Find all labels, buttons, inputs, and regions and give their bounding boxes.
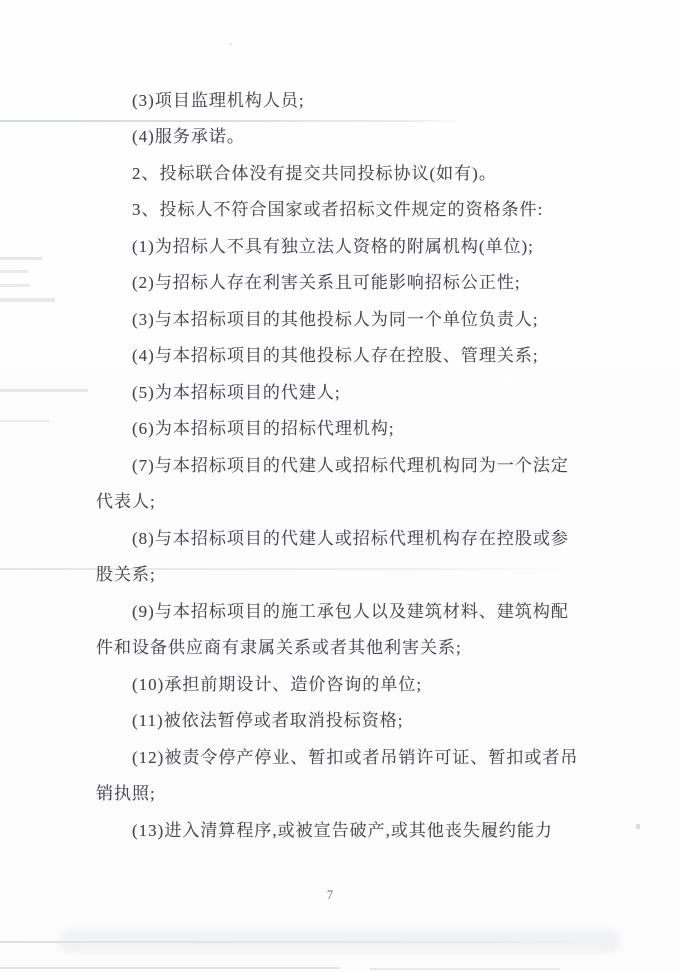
scan-artifact-smudge [0, 284, 30, 287]
text-line: (12)被责令停产停业、暂扣或者吊销许可证、暂扣或者吊 [96, 737, 596, 774]
text-line: (4)与本招标项目的其他投标人存在控股、管理关系; [96, 336, 596, 373]
scan-artifact-line [370, 968, 560, 970]
text-line: (6)为本招标项目的招标代理机构; [96, 409, 596, 446]
scan-artifact-line [0, 389, 88, 392]
text-line: 销执照; [96, 774, 596, 811]
text-line: 2、投标联合体没有提交共同投标协议(如有)。 [96, 153, 596, 190]
text-line: (8)与本招标项目的代建人或招标代理机构存在控股或参 [96, 518, 596, 555]
text-line: (1)为招标人不具有独立法人资格的附属机构(单位); [96, 226, 596, 263]
text-line: (5)为本招标项目的代建人; [96, 372, 596, 409]
text-line: (4)服务承诺。 [96, 117, 596, 154]
scan-artifact-smudge [0, 257, 42, 260]
text-line: 股关系; [96, 555, 596, 592]
text-line: (3)项目监理机构人员; [96, 80, 596, 117]
scan-artifact-smudge [0, 270, 28, 273]
scan-artifact-dot [229, 43, 232, 46]
document-text-block: (3)项目监理机构人员;(4)服务承诺。2、投标联合体没有提交共同投标协议(如有… [96, 80, 596, 847]
text-line: (9)与本招标项目的施工承包人以及建筑材料、建筑构配 [96, 591, 596, 628]
text-line: (3)与本招标项目的其他投标人为同一个单位负责人; [96, 299, 596, 336]
text-line: 3、投标人不符合国家或者招标文件规定的资格条件: [96, 190, 596, 227]
scan-artifact-dot [636, 824, 640, 829]
text-line: 件和设备供应商有隶属关系或者其他利害关系; [96, 628, 596, 665]
scan-artifact-line [0, 941, 600, 943]
scanned-document-page: (3)项目监理机构人员;(4)服务承诺。2、投标联合体没有提交共同投标协议(如有… [0, 0, 680, 972]
scan-artifact-smudge [0, 298, 55, 302]
text-line: (7)与本招标项目的代建人或招标代理机构同为一个法定 [96, 445, 596, 482]
text-line: (13)进入清算程序,或被宣告破产,或其他丧失履约能力 [96, 810, 596, 847]
scan-artifact-line [0, 420, 50, 422]
text-line: 代表人; [96, 482, 596, 519]
text-line: (2)与招标人存在利害关系且可能影响招标公正性; [96, 263, 596, 300]
text-line: (10)承担前期设计、造价咨询的单位; [96, 664, 596, 701]
text-line: (11)被依法暂停或者取消投标资格; [96, 701, 596, 738]
page-number: 7 [320, 888, 340, 903]
scan-artifact-band [60, 930, 620, 952]
scan-artifact-line [0, 967, 340, 969]
